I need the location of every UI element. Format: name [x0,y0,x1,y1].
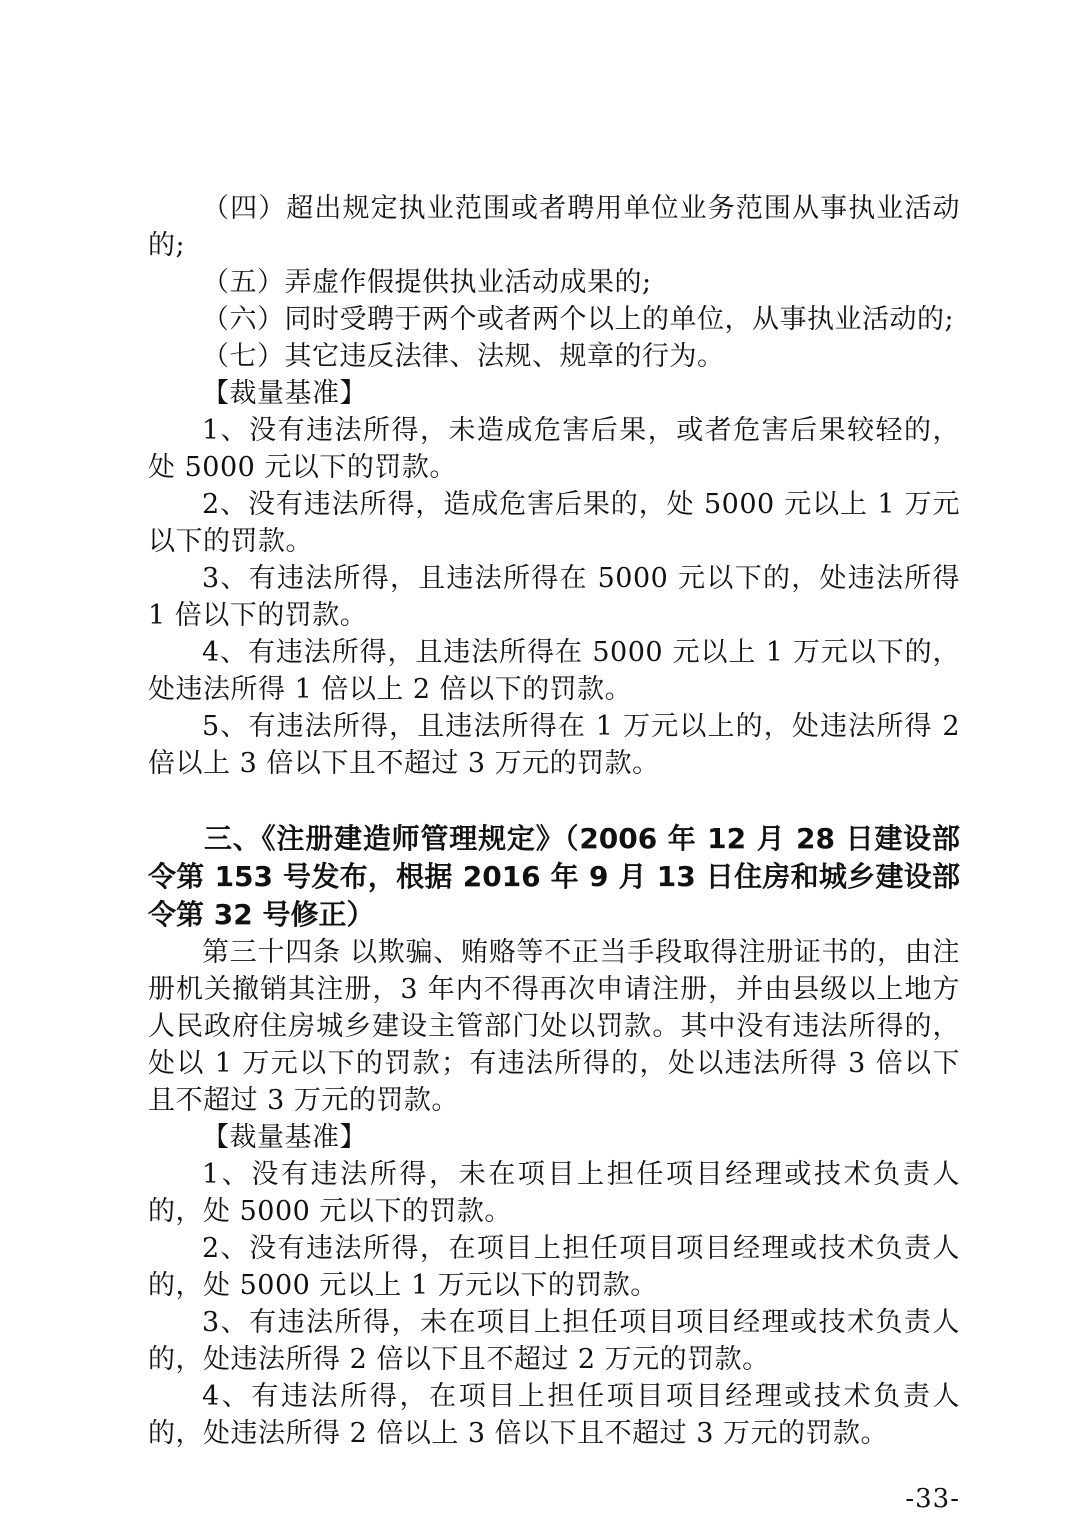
benchmark-label-2: 【裁量基准】 [148,1119,960,1156]
clause-item-6: （六）同时受聘于两个或者两个以上的单位，从事执业活动的; [148,301,960,338]
clause-item-4: （四）超出规定执业范围或者聘用单位业务范围从事执业活动的; [148,190,960,264]
rule-2-2: 2、没有违法所得，在项目上担任项目项目经理或技术负责人的，处 5000 元以上 … [148,1230,960,1304]
clause-item-7: （七）其它违反法律、法规、规章的行为。 [148,338,960,375]
rule-1-4: 4、有违法所得，且违法所得在 5000 元以上 1 万元以下的，处违法所得 1 … [148,634,960,708]
rule-2-1: 1、没有违法所得，未在项目上担任项目经理或技术负责人的，处 5000 元以下的罚… [148,1156,960,1230]
rule-1-1: 1、没有违法所得，未造成危害后果，或者危害后果较轻的，处 5000 元以下的罚款… [148,412,960,486]
article-34-paragraph: 第三十四条 以欺骗、贿赂等不正当手段取得注册证书的，由注册机关撤销其注册，3 年… [148,934,960,1119]
document-content: （四）超出规定执业范围或者聘用单位业务范围从事执业活动的; （五）弄虚作假提供执… [148,190,960,1516]
rule-1-5: 5、有违法所得，且违法所得在 1 万元以上的，处违法所得 2 倍以上 3 倍以下… [148,708,960,782]
section-heading: 三、《注册建造师管理规定》（2006 年 12 月 28 日建设部令第 153 … [148,820,960,934]
page-number: -33- [148,1482,960,1516]
rule-1-2: 2、没有违法所得，造成危害后果的，处 5000 元以上 1 万元以下的罚款。 [148,486,960,560]
clause-item-5: （五）弄虚作假提供执业活动成果的; [148,264,960,301]
rule-2-4: 4、有违法所得，在项目上担任项目项目经理或技术负责人的，处违法所得 2 倍以上 … [148,1378,960,1452]
document-page: （四）超出规定执业范围或者聘用单位业务范围从事执业活动的; （五）弄虚作假提供执… [0,0,1075,1520]
benchmark-label-1: 【裁量基准】 [148,375,960,412]
rule-1-3: 3、有违法所得，且违法所得在 5000 元以下的，处违法所得 1 倍以下的罚款。 [148,560,960,634]
rule-2-3: 3、有违法所得，未在项目上担任项目项目经理或技术负责人的，处违法所得 2 倍以下… [148,1304,960,1378]
